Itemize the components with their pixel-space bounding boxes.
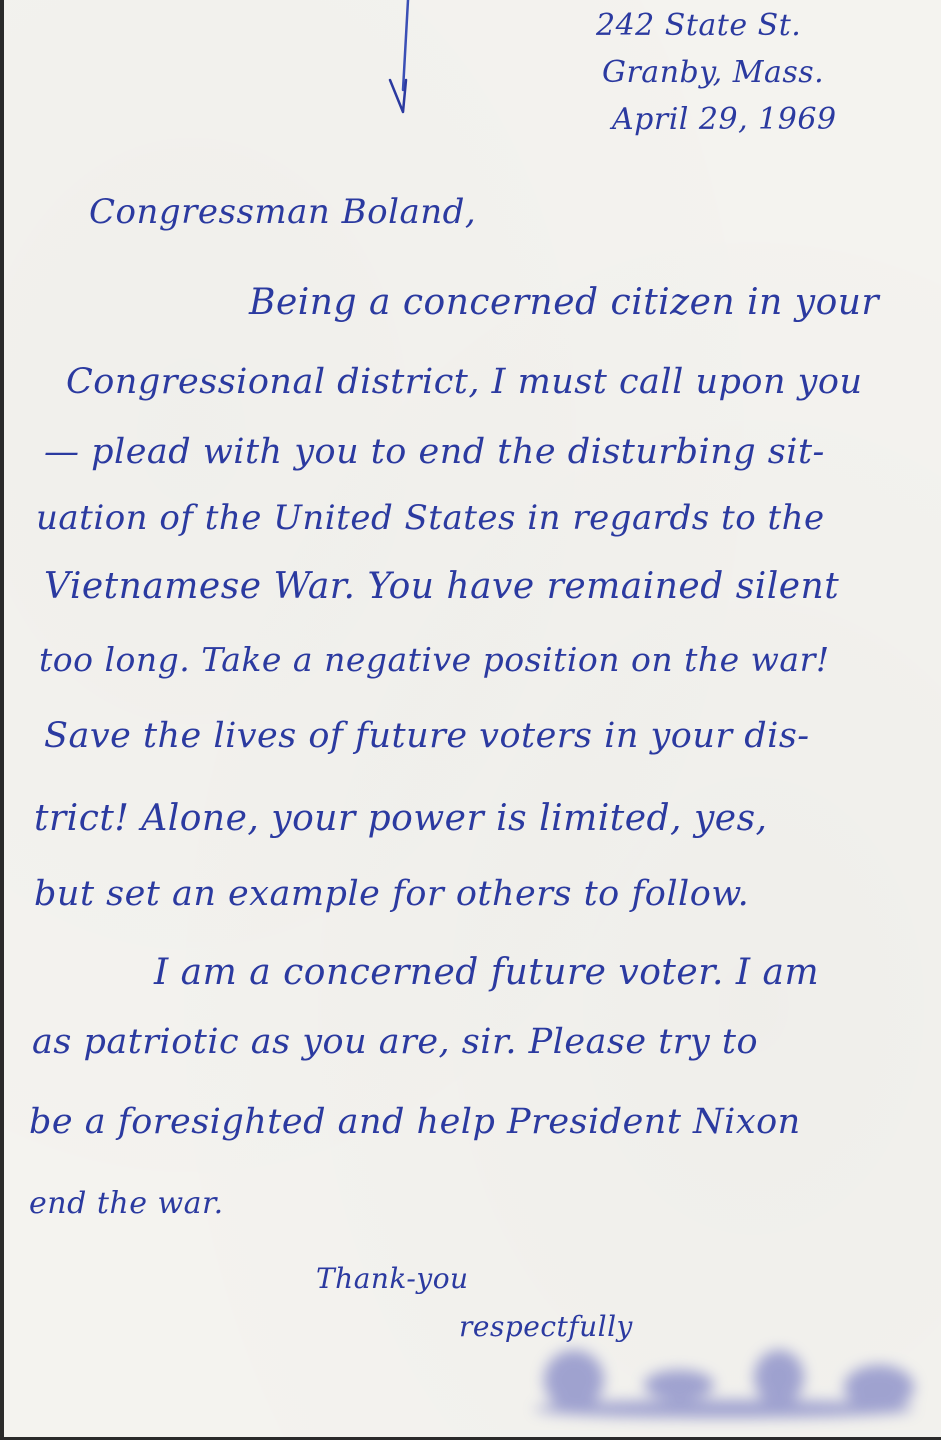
- closing-thank-you: Thank-you: [316, 1262, 469, 1295]
- body-line: Save the lives of future voters in your …: [44, 716, 810, 756]
- body-line: as patriotic as you are, sir. Please try…: [32, 1022, 758, 1062]
- address-city: Granby, Mass.: [602, 55, 824, 90]
- body-line: Congressional district, I must call upon…: [66, 362, 863, 402]
- body-line: I am a concerned future voter. I am: [154, 952, 819, 993]
- address-street: 242 State St.: [596, 8, 801, 43]
- salutation: Congressman Boland,: [89, 192, 476, 232]
- blurred-signature: [524, 1330, 924, 1430]
- body-line: but set an example for others to follow.: [34, 874, 749, 914]
- letter-date: April 29, 1969: [612, 102, 837, 137]
- down-arrow-icon: [384, 0, 414, 115]
- body-line: be a foresighted and help President Nixo…: [29, 1102, 801, 1142]
- body-line: uation of the United States in regards t…: [36, 498, 825, 538]
- body-line: — plead with you to end the disturbing s…: [44, 432, 825, 472]
- letter-page: 242 State St. Granby, Mass. April 29, 19…: [0, 0, 941, 1440]
- body-line: Vietnamese War. You have remained silent: [44, 566, 839, 607]
- body-line: trict! Alone, your power is limited, yes…: [34, 798, 768, 839]
- body-line: end the war.: [29, 1186, 224, 1221]
- body-line: too long. Take a negative position on th…: [39, 640, 830, 679]
- body-line: Being a concerned citizen in your: [249, 282, 879, 323]
